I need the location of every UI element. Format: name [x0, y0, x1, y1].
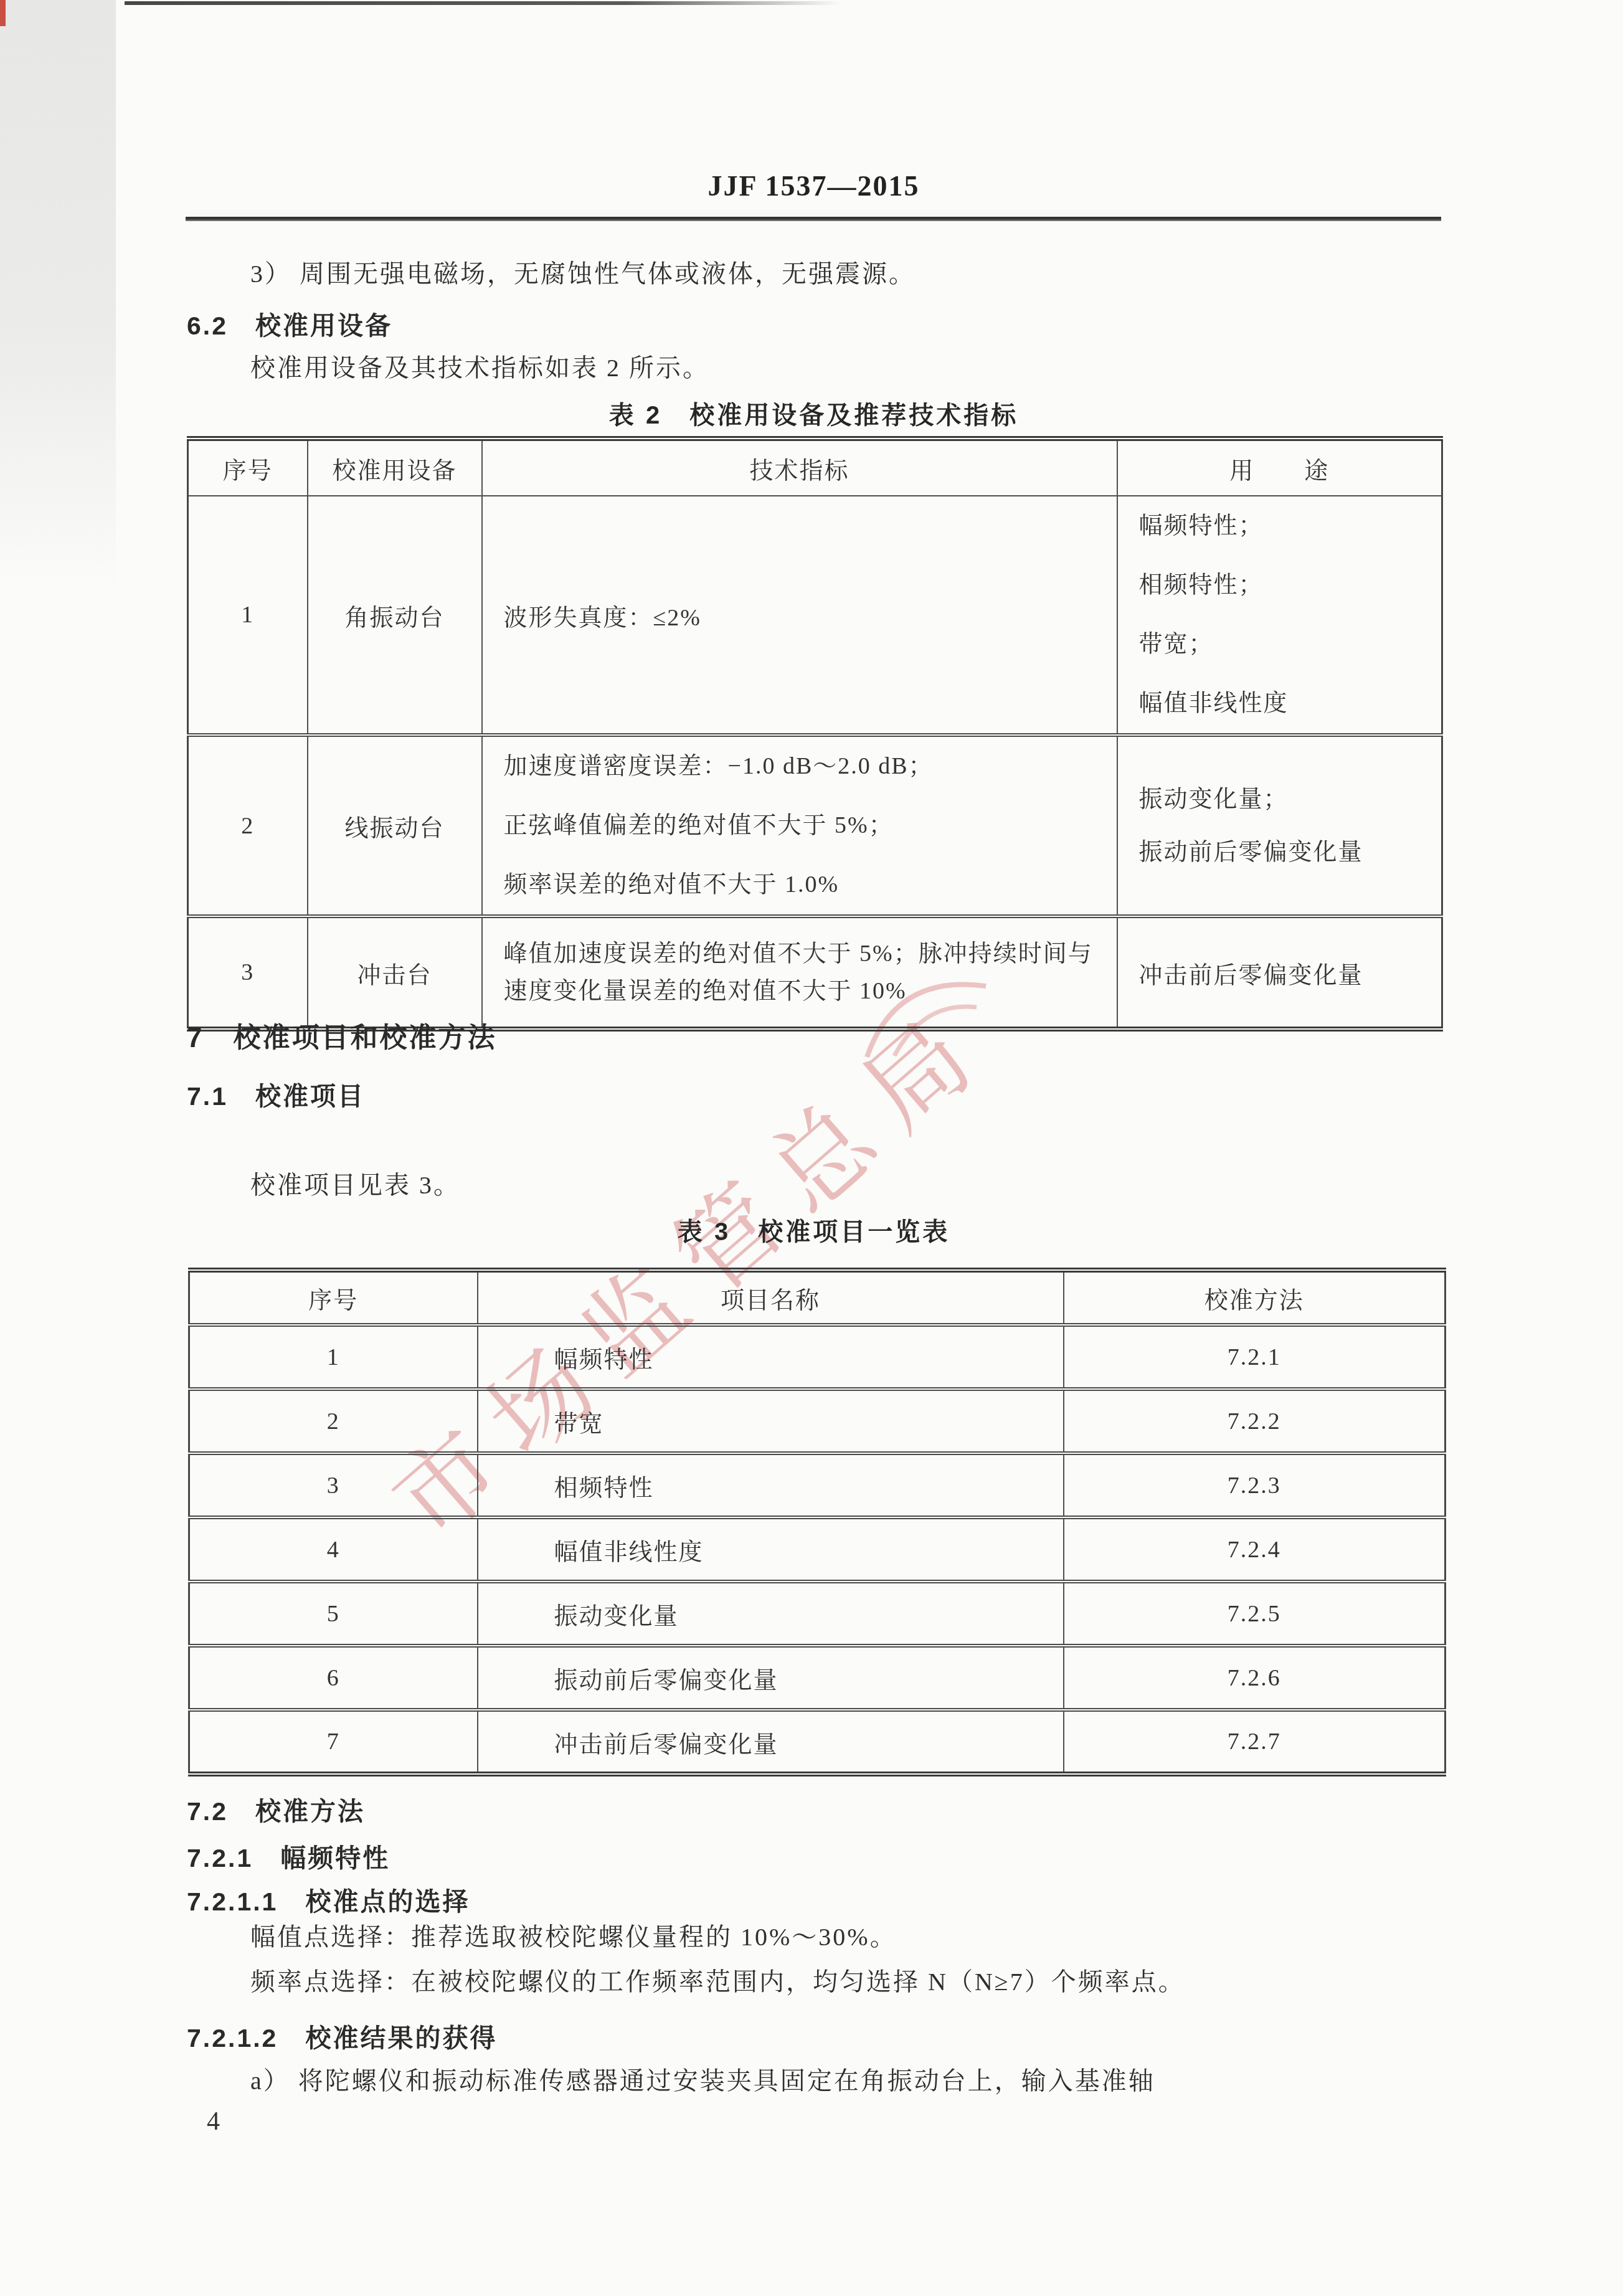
cell-method: 7.2.5: [1064, 1582, 1446, 1646]
header-rule: [186, 217, 1441, 221]
table-2: 序号 校准用设备 技术指标 用 途 1 角振动台 波形失真度：≤2% 幅频特性；…: [187, 436, 1443, 1032]
table-2-header-spec: 技术指标: [482, 439, 1117, 496]
cell-no: 1: [189, 1325, 478, 1389]
table-row: 2 线振动台 加速度谱密度误差：−1.0 dB～2.0 dB； 正弦峰值偏差的绝…: [188, 735, 1442, 916]
cell-method: 7.2.3: [1064, 1453, 1446, 1517]
cell-no: 3: [189, 1453, 478, 1517]
paragraph-amplitude-points: 幅值点选择：推荐选取被校陀螺仪量程的 10%～30%。: [250, 1922, 897, 1953]
cell-item: 幅值非线性度: [478, 1517, 1064, 1582]
section-7-1-body: 校准项目见表 3。: [250, 1170, 460, 1201]
cell-spec: 峰值加速度误差的绝对值不大于 5%；脉冲持续时间与速度变化量误差的绝对值不大于 …: [482, 916, 1117, 1029]
cell-method: 7.2.4: [1064, 1517, 1446, 1582]
scan-top-line: [125, 1, 841, 5]
table-row: 2 带宽 7.2.2: [189, 1389, 1446, 1453]
cell-method: 7.2.7: [1064, 1710, 1446, 1774]
table-2-header-no: 序号: [188, 439, 308, 496]
cell-device: 角振动台: [308, 496, 482, 735]
cell-device: 冲击台: [308, 916, 482, 1029]
table-3-header-no: 序号: [189, 1270, 478, 1325]
paragraph-item3: 3） 周围无强电磁场，无腐蚀性气体或液体，无强震源。: [250, 259, 916, 290]
cell-no: 2: [188, 735, 308, 916]
table-2-header-row: 序号 校准用设备 技术指标 用 途: [188, 439, 1442, 496]
cell-method: 7.2.2: [1064, 1389, 1446, 1453]
table-3: 序号 项目名称 校准方法 1 幅频特性 7.2.1 2 带宽 7.2.2 3 相…: [188, 1268, 1446, 1777]
cell-use: 振动变化量； 振动前后零偏变化量: [1117, 735, 1442, 916]
table-2-header-use: 用 途: [1117, 439, 1442, 496]
table-row: 1 角振动台 波形失真度：≤2% 幅频特性； 相频特性； 带宽； 幅值非线性度: [188, 496, 1442, 735]
table-row: 3 冲击台 峰值加速度误差的绝对值不大于 5%；脉冲持续时间与速度变化量误差的绝…: [188, 916, 1442, 1029]
cell-use: 冲击前后零偏变化量: [1117, 916, 1442, 1029]
section-7-2-1-1-heading: 7.2.1.1 校准点的选择: [187, 1881, 470, 1918]
section-7-1-heading: 7.1 校准项目: [187, 1076, 365, 1112]
section-6-2-body: 校准用设备及其技术指标如表 2 所示。: [250, 353, 709, 384]
document-code: JJF 1537—2015: [187, 169, 1441, 202]
cell-device: 线振动台: [308, 735, 482, 916]
cell-no: 7: [189, 1710, 478, 1774]
cell-no: 5: [189, 1582, 478, 1646]
table-row: 7 冲击前后零偏变化量 7.2.7: [189, 1710, 1446, 1774]
cell-use: 幅频特性； 相频特性； 带宽； 幅值非线性度: [1117, 496, 1442, 735]
table-3-header-item: 项目名称: [478, 1270, 1064, 1325]
cell-item: 振动前后零偏变化量: [478, 1646, 1064, 1710]
table-3-header-row: 序号 项目名称 校准方法: [189, 1270, 1446, 1325]
cell-method: 7.2.6: [1064, 1646, 1446, 1710]
cell-no: 2: [189, 1389, 478, 1453]
table-row: 6 振动前后零偏变化量 7.2.6: [189, 1646, 1446, 1710]
section-6-2-heading: 6.2 校准用设备: [187, 305, 392, 342]
section-7-heading: 7 校准项目和校准方法: [187, 1015, 496, 1055]
cell-spec: 加速度谱密度误差：−1.0 dB～2.0 dB； 正弦峰值偏差的绝对值不大于 5…: [482, 735, 1117, 916]
cell-item: 振动变化量: [478, 1582, 1064, 1646]
cell-spec: 波形失真度：≤2%: [482, 496, 1117, 735]
page-number: 4: [207, 2107, 220, 2137]
table-row: 3 相频特性 7.2.3: [189, 1453, 1446, 1517]
cell-item: 带宽: [478, 1389, 1064, 1453]
section-7-2-1-heading: 7.2.1 幅频特性: [187, 1838, 390, 1874]
paragraph-step-a: a） 将陀螺仪和振动标准传感器通过安装夹具固定在角振动台上，输入基准轴: [250, 2066, 1155, 2097]
cell-item: 冲击前后零偏变化量: [478, 1710, 1064, 1774]
cell-no: 4: [189, 1517, 478, 1582]
table-2-header-device: 校准用设备: [308, 439, 482, 496]
cell-no: 1: [188, 496, 308, 735]
scan-gray-edge: [0, 0, 116, 592]
section-7-2-1-2-heading: 7.2.1.2 校准结果的获得: [187, 2018, 497, 2054]
cell-method: 7.2.1: [1064, 1325, 1446, 1389]
table-3-header-method: 校准方法: [1064, 1270, 1446, 1325]
cell-no: 3: [188, 916, 308, 1029]
paragraph-frequency-points: 频率点选择：在被校陀螺仪的工作频率范围内，均匀选择 N（N≥7）个频率点。: [250, 1966, 1185, 1998]
section-7-2-heading: 7.2 校准方法: [187, 1791, 365, 1828]
cell-item: 相频特性: [478, 1453, 1064, 1517]
table-row: 5 振动变化量 7.2.5: [189, 1582, 1446, 1646]
table-2-caption: 表 2 校准用设备及推荐技术指标: [187, 396, 1441, 431]
table-row: 4 幅值非线性度 7.2.4: [189, 1517, 1446, 1582]
scan-red-mark: [0, 0, 6, 26]
cell-no: 6: [189, 1646, 478, 1710]
table-row: 1 幅频特性 7.2.1: [189, 1325, 1446, 1389]
table-3-caption: 表 3 校准项目一览表: [187, 1212, 1441, 1248]
document-page: 市场监管总局 JJF 1537—2015 3） 周围无强电磁场，无腐蚀性气体或液…: [0, 0, 1623, 2296]
cell-item: 幅频特性: [478, 1325, 1064, 1389]
